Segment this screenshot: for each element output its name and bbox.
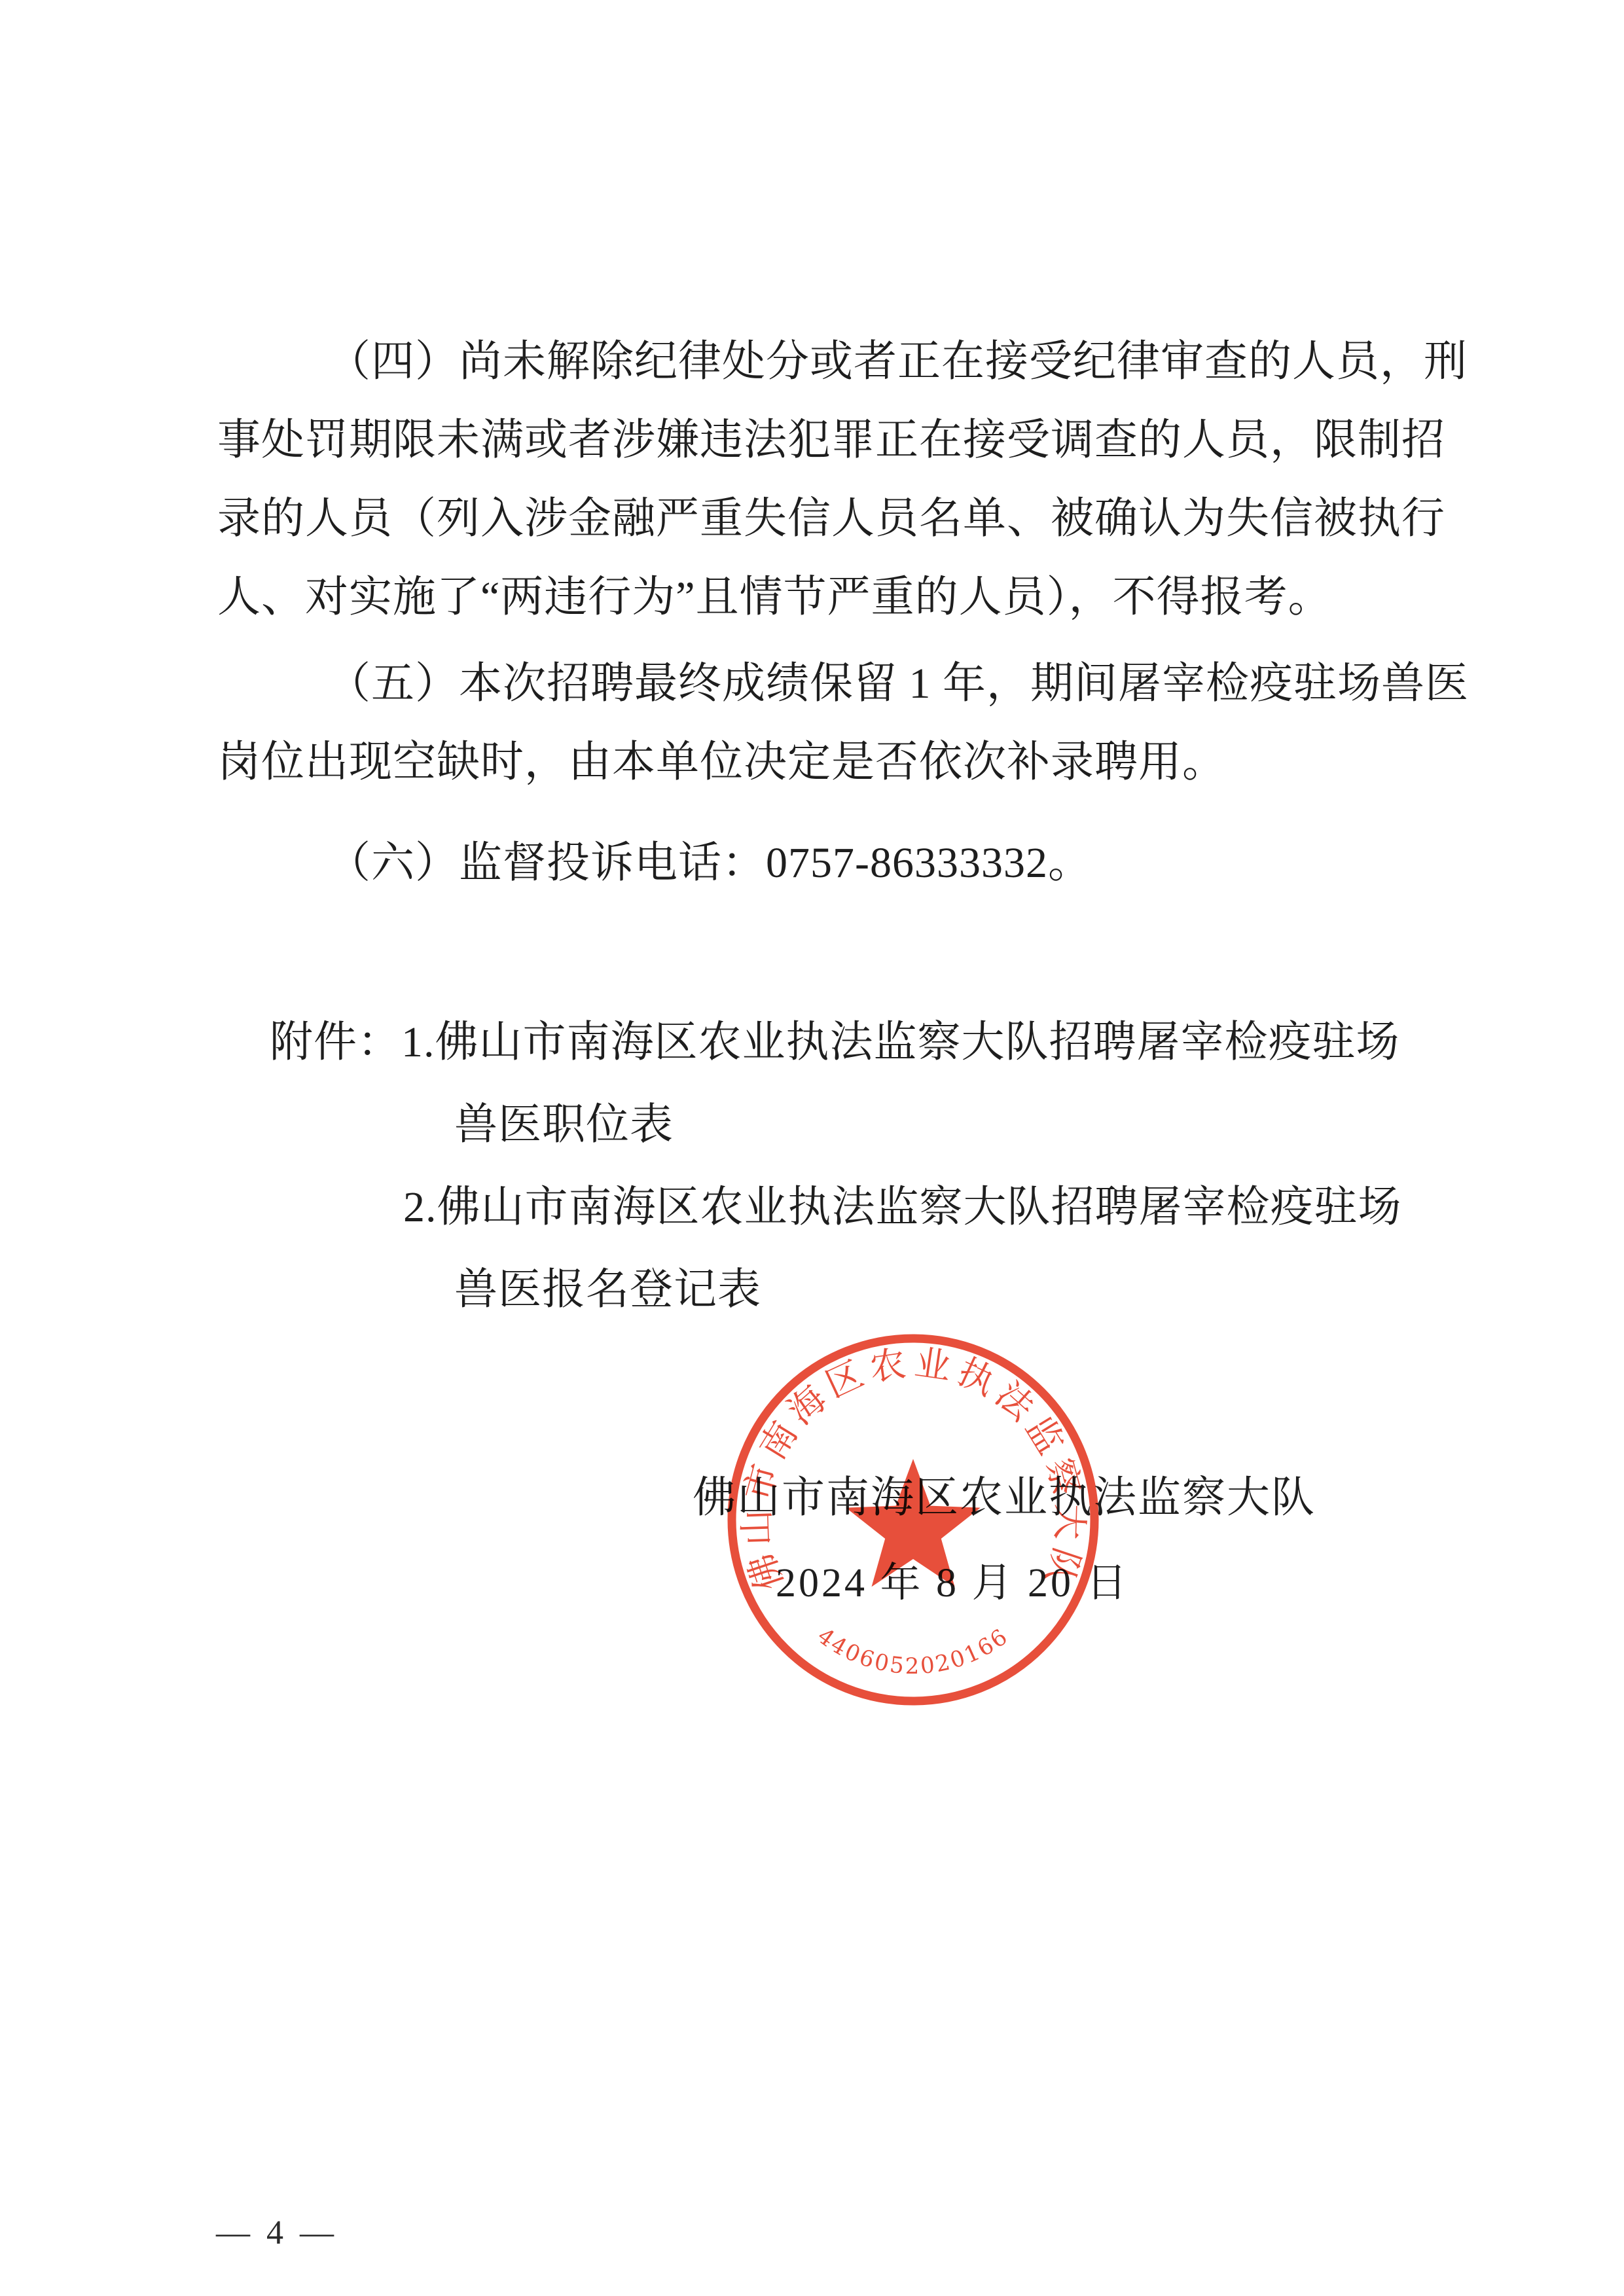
document-page: （四）尚未解除纪律处分或者正在接受纪律审查的人员，刑 事处罚期限未满或者涉嫌违法…	[0, 0, 1624, 2296]
signature-organization: 佛山市南海区农业执法监察大队	[693, 1477, 1316, 1520]
signature-date: 2024 年 8 月 20 日	[776, 1563, 1130, 1604]
page-number: — 4 —	[216, 2214, 338, 2252]
paragraph-5-line-1: （五）本次招聘最终成绩保留 1 年，期间屠宰检疫驻场兽医	[327, 662, 1469, 706]
paragraph-4-line-3: 录的人员（列入涉金融严重失信人员名单、被确认为失信被执行	[217, 497, 1445, 541]
seal-code-text: 4406052020166	[812, 1623, 1013, 1679]
attachment-line-4: 兽医报名登记表	[454, 1268, 761, 1312]
paragraph-4-line-1: （四）尚未解除纪律处分或者正在接受纪律审查的人员，刑	[327, 340, 1468, 384]
paragraph-5-line-2: 岗位出现空缺时，由本单位决定是否依次补录聘用。	[217, 741, 1226, 784]
attachment-line-1: 附件：1.佛山市南海区农业执法监察大队招聘屠宰检疫驻场	[270, 1021, 1400, 1064]
attachment-line-3: 2.佛山市南海区农业执法监察大队招聘屠宰检疫驻场	[403, 1186, 1402, 1229]
paragraph-4-line-2: 事处罚期限未满或者涉嫌违法犯罪正在接受调查的人员，限制招	[217, 419, 1445, 462]
paragraph-4-line-4: 人、对实施了“两违行为”且情节严重的人员），不得报考。	[217, 576, 1332, 619]
paragraph-6-line-1: （六）监督投诉电话：0757-86333332。	[327, 842, 1092, 885]
attachment-line-2: 兽医职位表	[454, 1103, 674, 1147]
seal-arc-text: 佛山市南海区农业执法监察大队	[736, 1342, 1090, 1595]
